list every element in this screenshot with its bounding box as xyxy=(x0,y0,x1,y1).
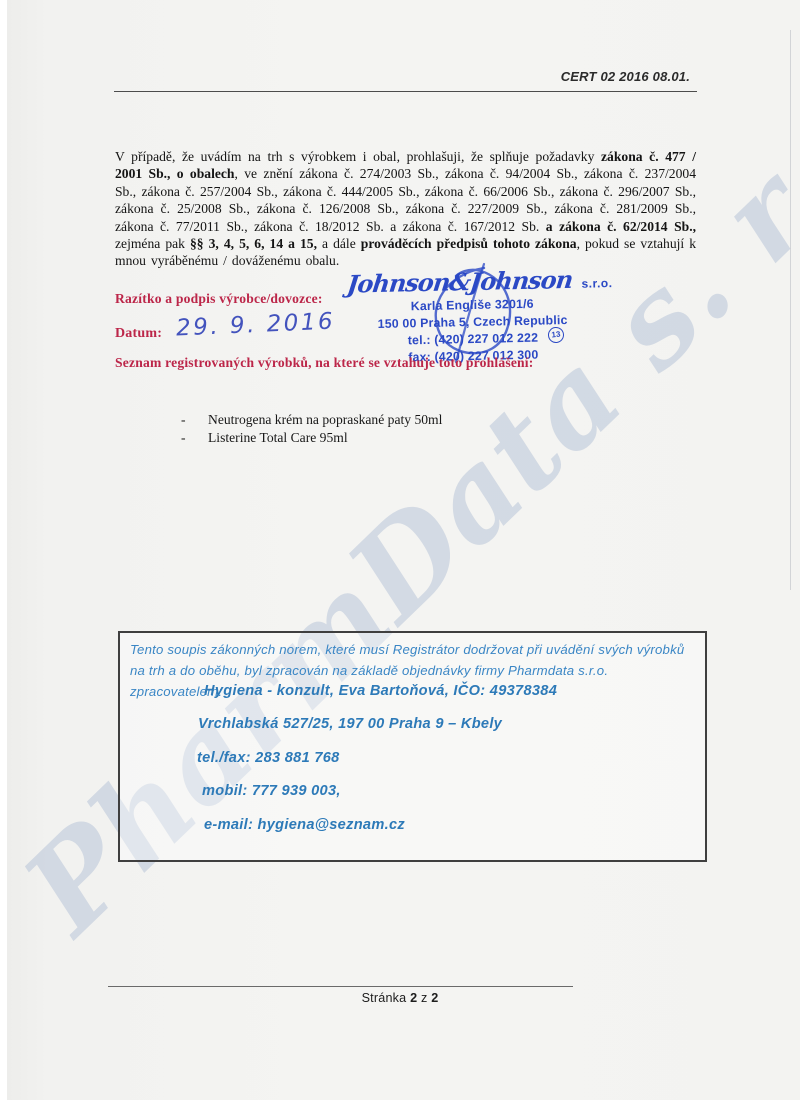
company-suffix: s.r.o. xyxy=(581,276,612,291)
document-reference: CERT 02 2016 08.01. xyxy=(561,69,690,84)
product-item: - Neutrogena krém na popraskané paty 50m… xyxy=(181,411,442,429)
product-label: Neutrogena krém na popraskané paty 50ml xyxy=(208,411,442,429)
footer-rule xyxy=(108,986,573,987)
product-label: Listerine Total Care 95ml xyxy=(208,429,348,447)
product-bullet: - xyxy=(181,429,208,447)
stamp-signature-label: Razítko a podpis výrobce/dovozce: xyxy=(115,291,323,307)
page-number: Stránka 2 z 2 xyxy=(300,991,500,1005)
registrator-info-box: Tento soupis zákonných norem, které musí… xyxy=(118,631,707,862)
declaration-paragraph: V případě, že uvádím na trh s výrobkem i… xyxy=(115,148,696,270)
header-rule xyxy=(114,91,697,92)
products-heading: Seznam registrovaných výrobků, na které … xyxy=(115,355,534,371)
contact-line-mobile: mobil: 777 939 003, xyxy=(202,783,557,816)
contact-line-email: e-mail: hygiena@seznam.cz xyxy=(204,817,557,850)
product-item: - Listerine Total Care 95ml xyxy=(181,429,442,447)
date-handwritten-value: 29. 9. 2016 xyxy=(176,309,336,342)
product-bullet: - xyxy=(181,411,208,429)
date-label: Datum: xyxy=(115,326,162,342)
contact-line-telfax: tel./fax: 283 881 768 xyxy=(197,750,557,783)
product-list: - Neutrogena krém na popraskané paty 50m… xyxy=(181,411,442,446)
signature-scribble xyxy=(398,260,538,366)
scan-artifact-line xyxy=(790,30,791,590)
contact-line-company: Hygiena - konzult, Eva Bartoňová, IČO: 4… xyxy=(204,683,557,716)
contact-line-address: Vrchlabská 527/25, 197 00 Praha 9 – Kbel… xyxy=(198,716,557,749)
scanned-document-page: PharmData s. r. o. CERT 02 2016 08.01. V… xyxy=(0,0,800,1100)
scan-edge xyxy=(0,0,7,1100)
info-box-contacts: Hygiena - konzult, Eva Bartoňová, IČO: 4… xyxy=(204,683,557,850)
